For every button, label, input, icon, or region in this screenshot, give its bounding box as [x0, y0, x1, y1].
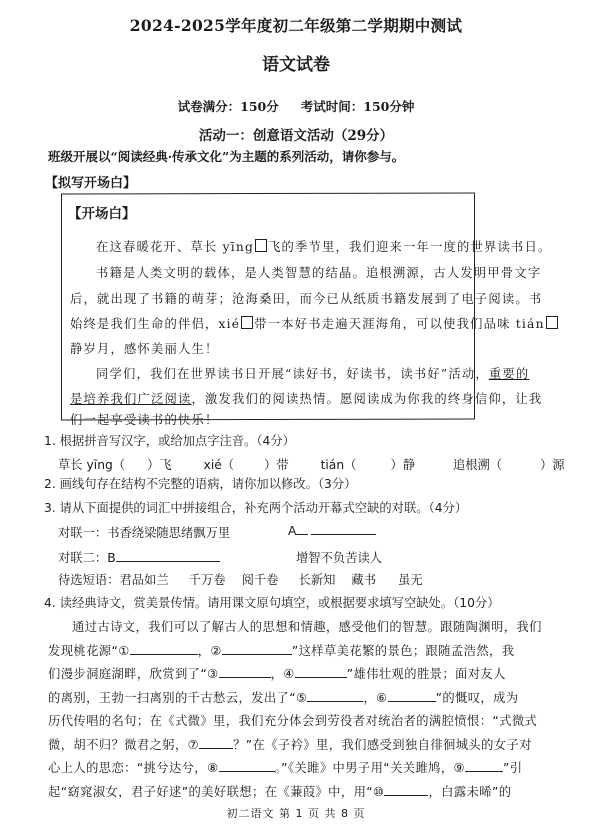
q4-line: 微，胡不归？微君之躬，⑦？”在《子衿》里，我们感受到独自徘徊城头的女子对: [48, 735, 532, 753]
underlined-sentence: 重要的: [489, 367, 530, 381]
text: 在这春暖花开、草长 yīng: [96, 240, 254, 254]
option: 藏书: [351, 573, 376, 587]
answer-box[interactable]: [255, 239, 267, 252]
q4-line: 通过古诗文，我们可以了解古人的思想和情趣，感受他们的智慧。跟随陶渊明，我们: [72, 617, 542, 635]
couplet-2-label: 对联二：B: [58, 551, 116, 565]
q1-item: 追根溯（）源: [453, 458, 565, 472]
q1-item: tián（）静: [321, 458, 415, 472]
question-3-prompt: 3. 请从下面提供的词汇中拼接组合，补充两个活动开幕式空缺的对联。（4分）: [44, 498, 467, 516]
full-score: 试卷满分：150分: [178, 99, 279, 114]
section-intro: 班级开展以“阅读经典·传承文化”为主题的系列活动，请你参与。: [48, 147, 404, 165]
blank-10[interactable]: [384, 784, 428, 796]
text: 同学们，我们在世界读书日开展“读好书，好读书，读书好”活动，: [96, 367, 489, 381]
blank-8[interactable]: [219, 760, 275, 772]
opening-line: 书籍是人类文明的载体，是人类智慧的结晶。追根溯源，古人发明甲骨文字: [96, 263, 541, 281]
blank-2[interactable]: [222, 643, 292, 655]
exam-meta: 试卷满分：150分考试时间：150分钟: [0, 97, 592, 115]
option: 虽无: [398, 573, 423, 587]
couplet-1-label: 对联一：书香绕梁随思绪飘万里: [58, 526, 230, 540]
q4-line: 心上人的思恋：“挑兮达兮，⑧。”《关雎》中男子用“关关雎鸠，⑨”引: [48, 758, 522, 776]
phrase-options: 待选短语：君品如兰千万卷阅千卷长新知藏书虽无: [58, 570, 423, 588]
blank-4[interactable]: [295, 666, 347, 678]
blank-3[interactable]: [219, 666, 271, 678]
q1-item: 草长 yīng（）飞: [58, 458, 172, 472]
opening-line: 们一起享受读书的快乐！: [70, 410, 218, 428]
blank-9[interactable]: [465, 760, 503, 772]
text: ，激发我们的阅读热情。愿阅读成为你我的终身信仰，让我: [191, 392, 542, 406]
q4-line: 历代传唱的名句；在《式微》里，我们充分体会到劳役者对统治者的满腔愤恨：“式微式: [48, 711, 537, 729]
q4-line: 发现桃花源“①，②”这样草美花繁的景色；跟随孟浩然，我: [48, 641, 514, 659]
couplet-2-right: 增智不负苦读人: [296, 548, 382, 566]
underlined-sentence: 是培养我们广泛阅读: [70, 392, 191, 406]
blank-7[interactable]: [199, 737, 233, 749]
exam-subtitle: 语文试卷: [0, 50, 592, 75]
blank-label: A: [288, 524, 296, 538]
couplet-2[interactable]: 对联二：B: [58, 548, 220, 566]
option: 阅千卷: [242, 573, 279, 587]
exam-time: 考试时间：150分钟: [301, 99, 415, 114]
blank-6[interactable]: [388, 690, 436, 702]
opening-line: 静岁月，感怀美丽人生！: [70, 339, 218, 357]
option: 长新知: [299, 573, 336, 587]
opening-line: 后，就出现了书籍的萌芽；沧海桑田，而今已从纸质书籍发展到了电子阅读。书: [70, 289, 542, 307]
opening-box-title: 【开场白】: [68, 202, 136, 222]
q1-item: xié（）带: [204, 458, 289, 472]
sub-heading: 【拟写开场白】: [45, 172, 136, 191]
question-1-items: 草长 yīng（）飞 xié（）带 tián（）静 追根溯（）源: [58, 455, 565, 473]
question-2-prompt: 2. 画线句存在结构不完整的语病，请你加以修改。（3分）: [44, 474, 356, 492]
opening-line: 始终是我们生命的伴侣，xié带一本好书走遍天涯海角，可以使我们品味 tián: [70, 314, 559, 332]
opening-line: 是培养我们广泛阅读，激发我们的阅读热情。愿阅读成为你我的终身信仰，让我: [70, 389, 542, 407]
q4-line: 们漫步洞庭湖畔，欣赏到了“③，④”雄伟壮观的胜景；面对友人: [48, 664, 506, 682]
couplet-1: 对联一：书香绕梁随思绪飘万里: [58, 523, 230, 541]
question-4-prompt: 4. 读经典诗文，赏美景传情。请用课文原句填空，或根据要求填写空缺处。（10分）: [44, 593, 500, 611]
q4-line: 起“窈窕淑女，君子好逑”的美好联想；在《蒹葭》中，用“⑩，白露未晞”的: [48, 782, 511, 800]
text: 始终是我们生命的伴侣，xié: [70, 317, 240, 331]
option: 君品如兰: [120, 573, 169, 587]
text: 飞的季节里，我们迎来一年一度的世界读书日。: [268, 240, 551, 254]
option: 千万卷: [189, 573, 226, 587]
section-heading: 活动一：创意语文活动（29分）: [0, 124, 592, 144]
q4-line: 的离别，王勃一扫离别的千古愁云，发出了“⑤，⑥”的慨叹，成为: [48, 688, 519, 706]
blank-1[interactable]: [130, 643, 198, 655]
page-footer: 初二语文 第 1 页 共 8 页: [0, 805, 592, 821]
couplet-1-answer[interactable]: A: [288, 523, 376, 538]
opening-line: 同学们，我们在世界读书日开展“读好书，好读书，读书好”活动，重要的: [96, 364, 529, 382]
question-1-prompt: 1. 根据拼音写汉字，或给加点字注音。（4分）: [44, 431, 295, 449]
answer-box[interactable]: [546, 316, 558, 329]
text: 带一本好书走遍天涯海角，可以使我们品味 tián: [254, 317, 544, 331]
exam-title: 2024-2025学年度初二年级第二学期期中测试: [0, 14, 592, 36]
answer-box[interactable]: [241, 316, 253, 329]
blank-5[interactable]: [307, 690, 363, 702]
options-label: 待选短语：: [58, 573, 120, 587]
opening-line: 在这春暖花开、草长 yīng飞的季节里，我们迎来一年一度的世界读书日。: [96, 237, 552, 255]
